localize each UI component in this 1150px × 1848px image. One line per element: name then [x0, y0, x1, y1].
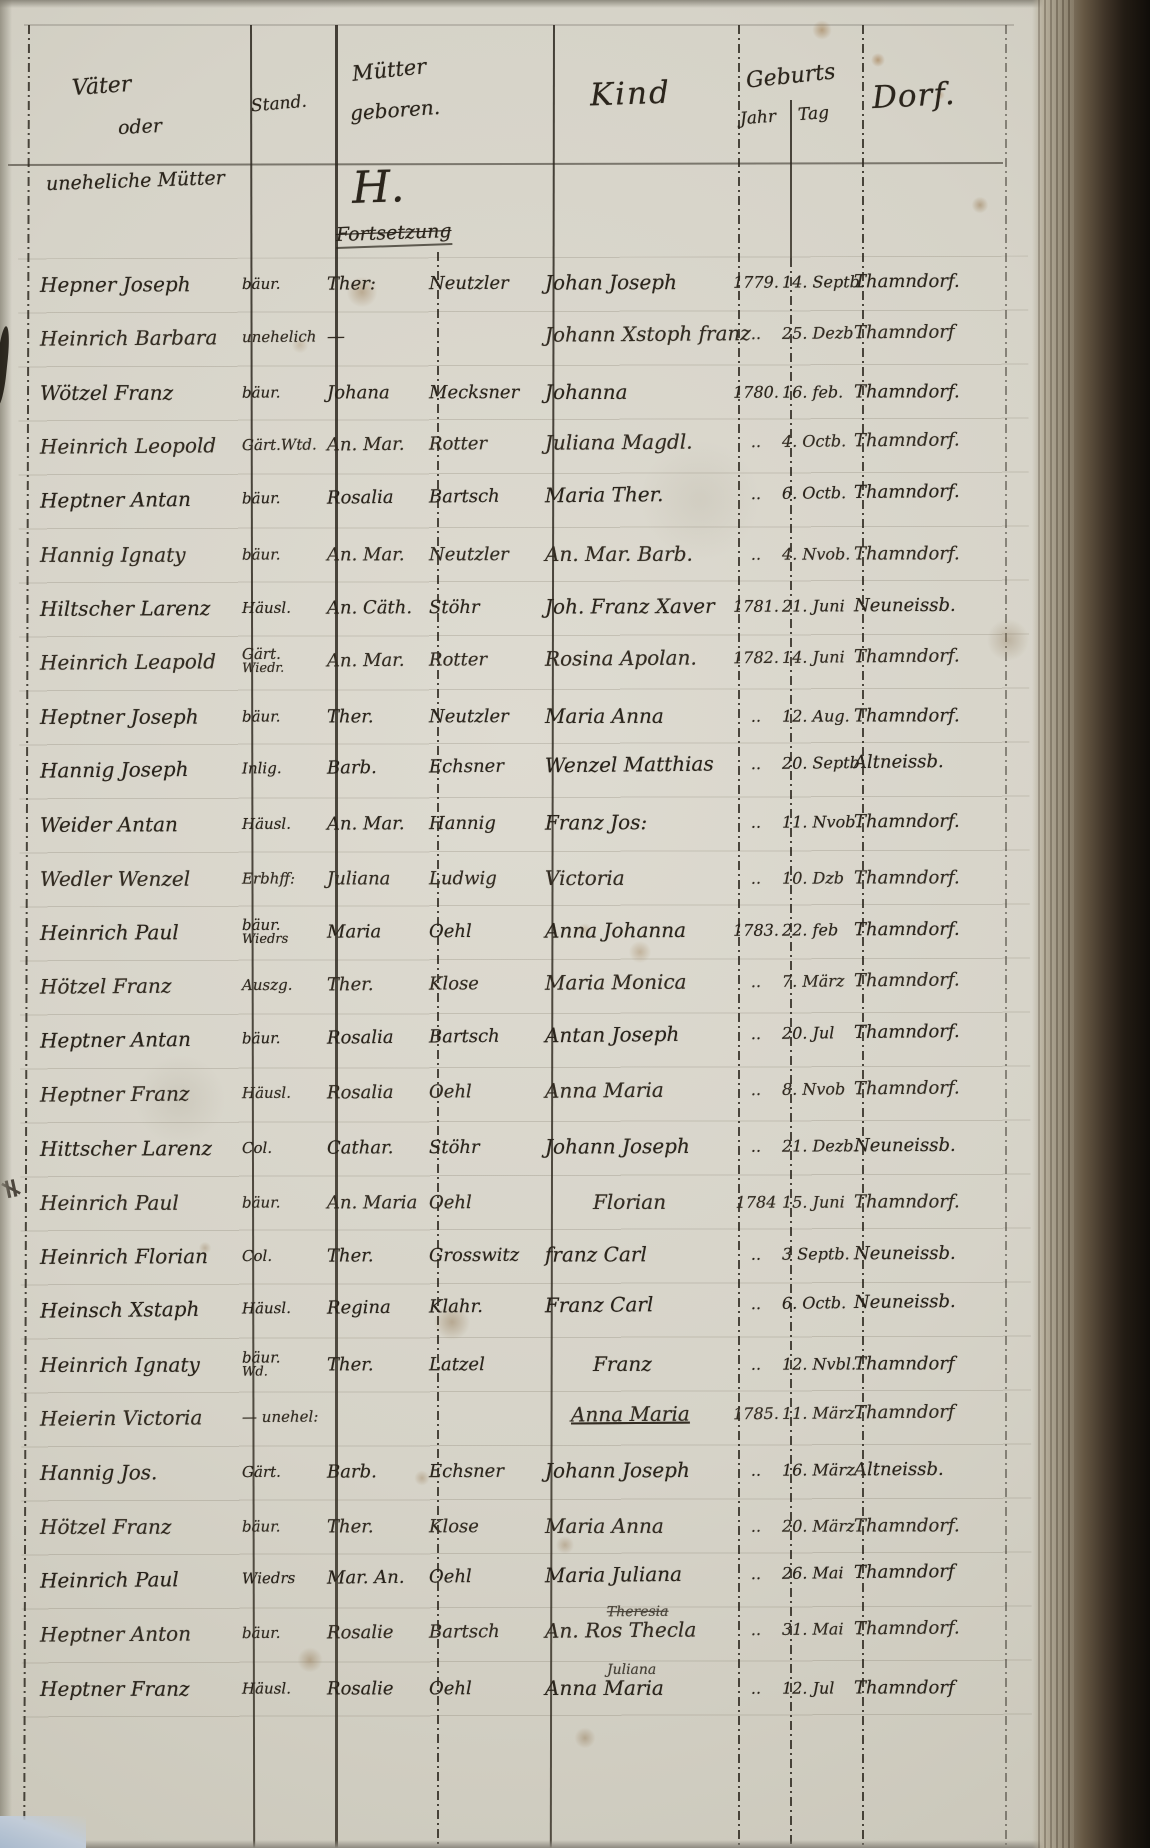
- mother-surname-cell: Oehl: [429, 1678, 545, 1699]
- father-name-cell: Heinrich Paul: [34, 1566, 242, 1592]
- mother-firstname-cell: Ther.: [327, 1516, 429, 1537]
- stand-cell: bäur.Wiedrs: [242, 919, 327, 945]
- table-row: Heierin Victoria— unehel:Anna Maria1785.…: [0, 1384, 1050, 1446]
- stand-cell: bäur.: [242, 1031, 327, 1045]
- father-name-cell: Hannig Jos.: [34, 1460, 242, 1485]
- stand-cell: Häusl.: [242, 1301, 327, 1315]
- child-name-cell: Rosina Apolan.: [545, 645, 730, 670]
- child-name-cell: Franz Jos:: [545, 810, 730, 835]
- birth-year-cell: ..: [730, 1136, 782, 1155]
- stand-cell: Inlig.: [242, 761, 327, 775]
- birth-day-cell: 3 Septb.: [782, 1244, 854, 1263]
- birth-year-cell: ..: [730, 753, 782, 773]
- child-name-cell: Franz Carl: [545, 1291, 730, 1317]
- birth-year-cell: ..: [730, 1619, 782, 1638]
- mother-surname-cell: Oehl: [429, 1080, 545, 1102]
- stand-cell: bäur.: [242, 710, 327, 723]
- father-name-cell: Heptner Antan: [34, 486, 242, 512]
- birth-year-cell: ..: [730, 706, 782, 725]
- mother-surname-cell: Mecksner: [429, 382, 545, 403]
- mother-surname-cell: Neutzler: [429, 706, 545, 727]
- father-name-cell: Heptner Joseph: [34, 705, 242, 729]
- column-header-village: Dorf.: [871, 76, 956, 116]
- birth-day-cell: 8. Nvob: [782, 1079, 854, 1099]
- birth-day-cell: 31. Mai: [782, 1619, 854, 1639]
- birth-year-cell: 1780.: [730, 382, 782, 401]
- mother-surname-cell: [429, 335, 545, 336]
- column-line-year-day-header: [790, 100, 792, 258]
- child-name-cell: Victoria: [545, 866, 730, 890]
- mother-surname-cell: Neutzler: [429, 544, 545, 565]
- father-name-cell: Heinrich Barbara: [34, 325, 242, 351]
- stand-cell: Gärt.Wtd.: [242, 438, 327, 451]
- birth-day-cell: 25. Dezb: [782, 323, 854, 343]
- mother-firstname-cell: An. Mar.: [327, 813, 429, 834]
- birth-year-cell: ..: [730, 1293, 782, 1313]
- table-row: Weider AntanHäusl.An. Mar.HannigFranz Jo…: [0, 793, 1050, 852]
- father-name-cell: Hiltscher Larenz: [34, 596, 242, 621]
- page-edges-stack: [1038, 0, 1074, 1848]
- mother-firstname-cell: Barb.: [327, 756, 429, 778]
- mother-surname-cell: Rotter: [429, 432, 545, 454]
- village-cell: Thamndorf.: [854, 1191, 1014, 1212]
- birth-year-cell: ..: [730, 431, 782, 450]
- father-name-cell: Hötzel Franz: [34, 973, 242, 999]
- father-name-cell: Hittscher Larenz: [34, 1136, 242, 1161]
- table-row: Heinrich PaulWiedrsMar. An.OehlMaria Jul…: [0, 1543, 1050, 1608]
- section-note-struck: Fortsetzung: [336, 220, 452, 249]
- village-cell: Altneissb.: [854, 750, 1014, 773]
- village-cell: Thamndorf.: [854, 381, 1014, 402]
- father-name-cell: Heptner Anton: [34, 1621, 242, 1647]
- father-name-cell: Heinrich Leapold: [34, 649, 242, 675]
- table-row: Hannig Ignatybäur.An. Mar.NeutzlerAn. Ma…: [0, 526, 1050, 582]
- birth-year-cell: ..: [730, 1460, 782, 1479]
- father-name-cell: Heptner Franz: [34, 1677, 242, 1701]
- village-cell: Thamndorf.: [854, 1020, 1014, 1043]
- register-rows: Hepner Josephbäur.Ther:NeutzlerJohan Jos…: [0, 258, 1050, 1716]
- mother-firstname-cell: Rosalia: [327, 1081, 429, 1103]
- mother-surname-cell: Grosswitz: [429, 1244, 545, 1266]
- stand-cell: bäur.Wd.: [242, 1352, 327, 1378]
- child-name-cell: Johan Joseph: [545, 270, 730, 295]
- mother-firstname-cell: An. Maria: [327, 1192, 429, 1213]
- mother-surname-cell: Neutzler: [429, 272, 545, 294]
- child-name-cell: Anna MariaJuliana: [545, 1676, 730, 1700]
- birth-year-cell: ..: [730, 812, 782, 831]
- table-row: Hannig JosephInlig.Barb.EchsnerWenzel Ma…: [0, 733, 1050, 798]
- mother-surname-cell: Echsner: [429, 755, 545, 777]
- village-cell: Thamndorf: [854, 1401, 1014, 1423]
- table-row: Heinsch XstaphHäusl.ReginaKlahr.Franz Ca…: [0, 1273, 1050, 1338]
- mother-firstname-cell: An. Mar.: [327, 433, 429, 455]
- stand-cell: — unehel:: [242, 1410, 327, 1423]
- mother-firstname-cell: Mar. An.: [327, 1566, 429, 1588]
- birth-day-cell: 14. Juni: [782, 647, 854, 667]
- birth-year-cell: 1781.: [730, 596, 782, 615]
- child-name-cell: Maria Juliana: [545, 1561, 730, 1587]
- father-name-cell: Heinrich Florian: [34, 1244, 242, 1269]
- column-header-birth-day: Tag: [797, 103, 829, 125]
- table-row: Heinrich LeapoldGärt.Wiedr.An. Mar.Rotte…: [0, 628, 1050, 690]
- village-cell: Thamndorf: [854, 1560, 1014, 1583]
- village-cell: Neuneissb.: [854, 1290, 1014, 1313]
- mother-firstname-cell: Ther.: [327, 973, 429, 995]
- father-name-cell: Heinrich Leopold: [34, 433, 242, 459]
- child-name-cell: Anna Maria: [545, 1401, 730, 1426]
- village-cell: Neuneissb.: [854, 1134, 1014, 1156]
- child-name-cell: Joh. Franz Xaver: [545, 594, 730, 619]
- mother-firstname-cell: Ther.: [327, 706, 429, 727]
- birth-year-cell: ..: [730, 971, 782, 990]
- page-bottom-edge: [0, 1840, 1150, 1848]
- column-header-unmarried-mother: uneheliche Mütter: [46, 167, 225, 195]
- child-name-cell: Johann Joseph: [545, 1134, 730, 1159]
- table-row: Heinrich Ignatybäur.Wd.Ther.LatzelFranz.…: [0, 1336, 1050, 1392]
- father-name-cell: Hepner Joseph: [34, 272, 242, 297]
- mother-surname-cell: Ludwig: [429, 868, 545, 889]
- mother-surname-cell: Bartsch: [429, 1025, 545, 1047]
- table-row: Hannig Jos.Gärt.Barb.EchsnerJohann Josep…: [0, 1441, 1050, 1500]
- column-header-father-line1: Väter: [71, 72, 132, 101]
- birth-day-cell: 6. Octb.: [782, 483, 854, 503]
- father-name-cell: Heptner Antan: [34, 1026, 242, 1052]
- stand-cell: bäur.: [242, 277, 327, 290]
- stand-cell: Gärt.: [242, 1465, 327, 1478]
- column-header-birth: Geburts: [745, 59, 837, 93]
- birth-day-cell: 10. Dzb: [782, 868, 854, 887]
- birth-day-cell: 21. Juni: [782, 596, 854, 615]
- birth-day-cell: 14. Septb.: [782, 272, 854, 291]
- father-name-cell: Hötzel Franz: [34, 1515, 242, 1539]
- father-name-cell: Hannig Ignaty: [34, 543, 242, 567]
- birth-year-cell: ..: [730, 868, 782, 887]
- father-name-cell: Wötzel Franz: [34, 381, 242, 405]
- column-header-mother-line1: Mütter: [351, 54, 427, 86]
- mother-surname-cell: Oehl: [429, 1565, 545, 1587]
- child-name-cell: Anna Johanna: [545, 918, 730, 943]
- mother-surname-cell: [429, 1415, 545, 1416]
- stand-cell: bäur.: [242, 1520, 327, 1533]
- stand-cell: unehelich: [242, 330, 327, 343]
- mother-firstname-cell: Regina: [327, 1296, 429, 1318]
- stand-cell: Auszg.: [242, 978, 327, 991]
- stand-cell: Col.: [242, 1249, 327, 1262]
- table-row: Wötzel Franzbäur.JohanaMecksnerJohanna17…: [0, 364, 1050, 420]
- table-row: Hepner Josephbäur.Ther:NeutzlerJohan Jos…: [0, 253, 1050, 312]
- child-name-cell: Juliana Magdl.: [545, 429, 730, 454]
- village-cell: Neuneissb.: [854, 594, 1014, 616]
- birth-day-cell: 12. Nvbl.: [782, 1354, 854, 1373]
- birth-day-cell: 6. Octb.: [782, 1293, 854, 1313]
- table-row: Hittscher LarenzCol.Cathar.StöhrJohann J…: [0, 1117, 1050, 1176]
- stand-cell: Col.: [242, 1141, 327, 1154]
- father-name-cell: Heierin Victoria: [34, 1405, 242, 1431]
- father-name-cell: Hannig Joseph: [34, 756, 242, 782]
- mother-surname-cell: Oehl: [429, 1192, 545, 1213]
- father-name-cell: Heinrich Paul: [34, 920, 242, 945]
- column-header-father-line2: oder: [117, 115, 162, 139]
- village-cell: Thamndorf.: [854, 705, 1014, 726]
- mother-firstname-cell: Rosalie: [327, 1621, 429, 1643]
- mother-surname-cell: Oehl: [429, 920, 545, 942]
- village-cell: Thamndorf.: [854, 1617, 1014, 1639]
- scanner-corner: [0, 1816, 86, 1848]
- stand-cell: bäur.: [242, 491, 327, 505]
- child-name-cell: Johanna: [545, 380, 730, 404]
- birth-year-cell: ..: [730, 1678, 782, 1697]
- father-name-cell: Heinsch Xstaph: [34, 1296, 242, 1322]
- birth-year-cell: 1782.: [730, 647, 782, 666]
- birth-day-cell: 11. Nvob: [782, 812, 854, 831]
- father-name-cell: Heinrich Ignaty: [34, 1353, 242, 1377]
- birth-day-cell: 21. Dezb.: [782, 1136, 854, 1155]
- mother-surname-cell: Klose: [429, 972, 545, 994]
- birth-year-cell: ..: [730, 1079, 782, 1098]
- mother-firstname-cell: An. Cäth.: [327, 597, 429, 618]
- village-cell: Thamndorf.: [854, 1515, 1014, 1536]
- birth-year-cell: ..: [730, 1023, 782, 1043]
- mother-firstname-cell: [327, 1416, 429, 1417]
- village-cell: Thamndorf.: [854, 645, 1014, 667]
- stand-cell: Gärt.Wiedr.: [242, 648, 327, 674]
- village-cell: Thamndorf: [854, 1677, 1014, 1698]
- child-name-cell: franz Carl: [545, 1242, 730, 1267]
- book-binding: [1032, 0, 1150, 1848]
- table-row: Heinrich Barbaraunehelich—Johann Xstoph …: [0, 304, 1050, 366]
- column-header-mother-line2: geboren.: [349, 95, 441, 125]
- table-row: Heinrich Paulbäur.WiedrsMariaOehlAnna Jo…: [0, 901, 1050, 960]
- birth-day-cell: 20. März: [782, 1516, 854, 1535]
- mother-firstname-cell: Rosalia: [327, 1026, 429, 1048]
- father-name-cell: Wedler Wenzel: [34, 867, 242, 891]
- birth-day-cell: 20. Jul: [782, 1023, 854, 1043]
- village-cell: Neuneissb.: [854, 1242, 1014, 1264]
- child-name-cell: Maria Monica: [545, 969, 730, 994]
- mother-firstname-cell: Juliana: [327, 868, 429, 889]
- stand-cell: bäur.: [242, 1196, 327, 1209]
- mother-firstname-cell: An. Mar.: [327, 544, 429, 565]
- mother-firstname-cell: —: [327, 325, 429, 347]
- child-name-cell: Maria Anna: [545, 1514, 730, 1538]
- table-row: Heptner FranzHäusl.RosaliaOehlAnna Maria…: [0, 1060, 1050, 1122]
- table-row: Heinrich Paulbäur.An. MariaOehlFlorian17…: [0, 1174, 1050, 1230]
- village-cell: Thamndorf.: [854, 480, 1014, 503]
- village-cell: Thamndorf: [854, 1353, 1014, 1374]
- child-name-annotation: Theresia: [607, 1604, 669, 1620]
- table-row: Hiltscher LarenzHäusl.An. Cäth.StöhrJoh.…: [0, 577, 1050, 636]
- child-name-cell: Florian: [545, 1190, 730, 1214]
- child-name-annotation: Juliana: [607, 1662, 656, 1678]
- child-name-cell: Maria Ther.: [545, 481, 730, 507]
- mother-firstname-cell: Ther:: [327, 273, 429, 294]
- mother-firstname-cell: An. Mar.: [327, 649, 429, 671]
- mother-firstname-cell: Rosalie: [327, 1678, 429, 1699]
- child-name-cell: An. Mar. Barb.: [545, 542, 730, 566]
- table-row: Heptner Antanbäur.RosaliaBartschMaria Th…: [0, 463, 1050, 528]
- mother-surname-cell: Echsner: [429, 1460, 545, 1482]
- stand-cell: Häusl.: [242, 1682, 327, 1695]
- stand-cell: Häusl.: [242, 817, 327, 830]
- father-name-cell: Heinrich Paul: [34, 1191, 242, 1215]
- child-name-cell: Anna Maria: [545, 1077, 730, 1102]
- stand-cell: Häusl.: [242, 1086, 327, 1099]
- table-row: Wedler WenzelErbhff:JulianaLudwigVictori…: [0, 850, 1050, 906]
- birth-day-cell: 20. Septb: [782, 753, 854, 773]
- table-row: Heptner Antonbäur.RosalieBartschAn. Ros …: [0, 1600, 1050, 1662]
- child-name-cell: Johann Xstoph franz: [545, 321, 730, 346]
- birth-day-cell: 7. März: [782, 971, 854, 991]
- mother-firstname-cell: Johana: [327, 382, 429, 403]
- section-letter: H.: [351, 161, 405, 214]
- village-cell: Thamndorf.: [854, 429, 1014, 451]
- stand-second-line: Wiedrs: [242, 933, 327, 944]
- birth-year-cell: 1785.: [730, 1403, 782, 1422]
- father-name-cell: Weider Antan: [34, 812, 242, 837]
- mother-firstname-cell: Ther.: [327, 1354, 429, 1375]
- birth-day-cell: 12. Aug.: [782, 706, 854, 725]
- birth-year-cell: 1784: [730, 1192, 782, 1211]
- column-header-child: Kind: [589, 75, 671, 114]
- birth-year-cell: ..: [730, 1354, 782, 1373]
- birth-day-cell: 15. Juni: [782, 1192, 854, 1211]
- village-cell: Thamndorf.: [854, 543, 1014, 564]
- mother-firstname-cell: Ther.: [327, 1245, 429, 1266]
- column-header-stand: Stand.: [250, 92, 307, 117]
- birth-year-cell: ..: [730, 1563, 782, 1583]
- mother-surname-cell: Klahr.: [429, 1295, 545, 1317]
- child-name-cell: Maria Anna: [545, 704, 730, 728]
- birth-day-cell: 4. Octb.: [782, 431, 854, 451]
- page-left-edge: [0, 0, 12, 1848]
- birth-day-cell: 16. feb.: [782, 382, 854, 401]
- birth-day-cell: 26. Mai: [782, 1563, 854, 1583]
- village-cell: Thamndorf.: [854, 810, 1014, 832]
- mother-surname-cell: Stöhr: [429, 596, 545, 618]
- birth-year-cell: ..: [730, 483, 782, 503]
- stand-cell: Erbhff:: [242, 872, 327, 885]
- child-name-cell: Franz: [545, 1352, 730, 1376]
- child-name-cell: Johann Joseph: [545, 1458, 730, 1483]
- child-name-cell: Wenzel Matthias: [545, 751, 730, 777]
- birth-year-cell: 1783.: [730, 920, 782, 939]
- child-name-cell: An. Ros TheclaTheresia: [545, 1617, 730, 1642]
- birth-year-cell: ..: [730, 544, 782, 563]
- stand-second-line: Wd.: [242, 1366, 327, 1377]
- page-top-edge: [0, 0, 1150, 8]
- village-cell: Thamndorf.: [854, 867, 1014, 888]
- birth-day-cell: 12. Jul: [782, 1678, 854, 1697]
- father-name-cell: Heptner Franz: [34, 1081, 242, 1107]
- stand-cell: Häusl.: [242, 601, 327, 614]
- birth-day-cell: 11. März: [782, 1403, 854, 1423]
- village-cell: Thamndorf.: [854, 969, 1014, 991]
- stand-cell: bäur.: [242, 1626, 327, 1639]
- stand-cell: Wiedrs: [242, 1571, 327, 1585]
- mother-firstname-cell: Maria: [327, 921, 429, 942]
- header-underline: [8, 162, 1003, 166]
- mother-surname-cell: Rotter: [429, 648, 545, 670]
- village-cell: Thamndorf: [854, 321, 1014, 343]
- register-page: Väter oder uneheliche Mütter Stand. Mütt…: [0, 0, 1150, 1848]
- mother-surname-cell: Bartsch: [429, 1620, 545, 1642]
- birth-year-cell: ..: [730, 1244, 782, 1263]
- mother-surname-cell: Klose: [429, 1516, 545, 1537]
- table-row: Heptner FranzHäusl.RosalieOehlAnna Maria…: [0, 1660, 1050, 1716]
- mother-surname-cell: Latzel: [429, 1354, 545, 1375]
- table-top-line: [24, 24, 1014, 26]
- birth-day-cell: 4. Nvob.: [782, 544, 854, 563]
- birth-day-cell: 22. feb: [782, 920, 854, 939]
- mother-firstname-cell: Cathar.: [327, 1137, 429, 1158]
- mother-surname-cell: Bartsch: [429, 485, 545, 507]
- mother-surname-cell: Hannig: [429, 812, 545, 834]
- stand-cell: bäur.: [242, 386, 327, 399]
- mother-surname-cell: Stöhr: [429, 1136, 545, 1158]
- birth-year-cell: 1779.: [730, 272, 782, 291]
- village-cell: Thamndorf.: [854, 270, 1014, 292]
- table-row: Heptner Antanbäur.RosaliaBartschAntan Jo…: [0, 1003, 1050, 1068]
- mother-firstname-cell: Barb.: [327, 1461, 429, 1482]
- village-cell: Thamndorf.: [854, 918, 1014, 940]
- birth-day-cell: 16. März: [782, 1460, 854, 1479]
- stand-second-line: Wiedr.: [242, 662, 327, 674]
- birth-year-cell: ..: [730, 1516, 782, 1535]
- child-name-cell: Antan Joseph: [545, 1021, 730, 1047]
- village-cell: Thamndorf.: [854, 1077, 1014, 1099]
- stand-cell: bäur.: [242, 548, 327, 561]
- mother-firstname-cell: Rosalia: [327, 486, 429, 508]
- column-header-birth-year: Jahr: [739, 107, 776, 129]
- village-cell: Altneissb.: [854, 1458, 1014, 1480]
